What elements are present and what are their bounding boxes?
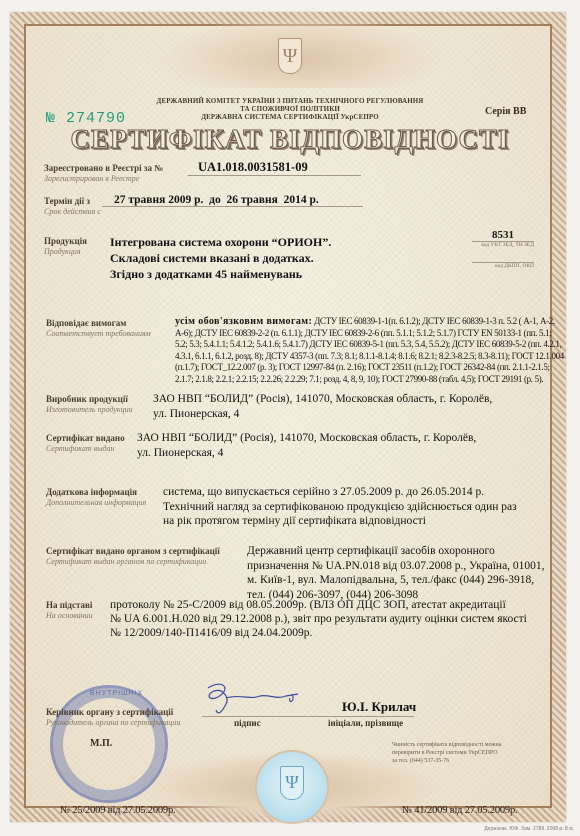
validity-period: 27 травня 2009 р. до 26 травня 2014 р. [102,194,363,207]
authority-line: ДЕРЖАВНИЙ КОМІТЕТ УКРАЇНИ З ПИТАНЬ ТЕХНІ… [140,97,440,105]
authority-line: ДЕРЖАВНА СИСТЕМА СЕРТИФІКАЦІЇ УкрСЕПРО [140,113,440,121]
validity-label: Термін дії з [44,196,101,207]
seal-label: М.П. [90,738,112,749]
signer-label: Керівник органу з сертифікації [46,707,180,718]
additional-line: Технічний нагляд за сертифікованою проду… [163,500,517,515]
product-line: Складові системи вказані в додатках. [110,250,331,266]
issued-to-label: Сертифікат видано [46,433,125,444]
issued-to-line: ул. Пионерская, 4 [137,446,476,461]
requirements-text: усім обов'язковим вимогам: ДСТУ IEC 6083… [175,316,570,386]
hologram-emblem: Ψ [255,750,329,824]
basis-label-block: На підставі На основании [46,600,93,621]
basis-label: На підставі [46,600,93,611]
product-label-block: Продукція Продукция [44,236,87,257]
issued-to-line: ЗАО НВП “БОЛИД” (Росія), 141070, Московс… [137,431,476,446]
additional-label: Додаткова інформація [46,487,146,498]
certificate-title: СЕРТИФІКАТ ВІДПОВІДНОСТІ [40,124,540,155]
issuing-body-label: Сертифікат видано органом з сертифікації [46,546,220,557]
registry-number: UA1.018.0031581-09 [188,160,361,176]
verification-note: Чинність сертифіката відповідності можна… [392,741,501,765]
product-code2-label: код ДКПП, ОКП [472,263,534,269]
issuing-body-label-block: Сертифікат видано органом з сертифікації… [46,546,220,567]
registry-label-block: Зареєстровано в Реєстрі за № Зарегистрир… [44,163,163,184]
issuing-authority: ДЕРЖАВНИЙ КОМІТЕТ УКРАЇНИ З ПИТАНЬ ТЕХНІ… [140,97,440,121]
validity-label-block: Термін дії з Срок действия с [44,196,101,217]
stamp-text: ВНУТРІШНІХ [90,690,143,697]
signature-scribble [200,678,310,718]
manufacturer-line: ул. Пионерская, 4 [153,407,492,422]
requirements-line: 5.2; 5.3; 5.4.1.1; 5.4.1.2; 5.4.1.6; 5.4… [175,339,570,351]
additional-line: система, що випускається серійно з 27.05… [163,485,517,500]
additional-label-ru: Дополнительная информация [46,498,146,508]
requirements-line: А-6); ДСТУ IEC 60839-2-2 (п. 6.1.1); ДСТ… [175,328,570,340]
additional-label-block: Додаткова інформація Дополнительная инфо… [46,487,146,508]
manufacturer-line: ЗАО НВП “БОЛИД” (Росія), 141070, Московс… [153,392,492,407]
requirements-label-ru: Соответствует требованиям [46,329,151,339]
registry-label: Зареєстровано в Реєстрі за № [44,163,163,174]
requirements-label: Відповідає вимогам [46,318,151,329]
product-label-ru: Продукция [44,247,87,257]
signer-label-block: Керівник органу з сертифікації Руководит… [46,707,180,728]
requirements-line: 4.3.1, 6.1.1, 6.1.2, розд. 8); ДСТУ 4357… [175,351,570,363]
requirements-lead: усім обов'язковим вимогам: [175,316,312,327]
trident-icon: Ψ [280,766,304,800]
basis-label-ru: На основании [46,611,93,621]
product-code-block: 8531 код УКТ ЗЕД, ТН ЗЕД код ДКПП, ОКП [472,229,534,269]
issued-to-label-block: Сертифікат видано Сертификат выдан [46,433,125,454]
product-line: Інтегрована система охорони “ОРИОН”. [110,234,331,250]
signer-name-caption: ініціали, прізвище [328,718,403,728]
product-code: 8531 [472,229,534,242]
verification-line: за тел. (044) 537-35-76 [392,757,501,765]
requirements-line: (п.1.7); ГОСТ_12.2.007 (р. 3); ГОСТ 1299… [175,362,570,374]
additional-line: на рік протягом терміну дії сертифіката … [163,514,517,529]
product-description: Інтегрована система охорони “ОРИОН”. Скл… [110,234,331,282]
requirements-line: 2.1.7; 2.1.8; 2.2.1; 2.2.15; 2.2.26; 2.2… [175,374,570,386]
issuing-body-line: Державний центр сертифікації засобів охо… [247,544,545,559]
registry-label-ru: Зарегистрирован в Реестре [44,174,163,184]
manufacturer-label: Виробник продукції [46,394,133,405]
authority-line: ТА СПОЖИВЧОЇ ПОЛІТИКИ [140,105,440,113]
signature-caption: підпис [234,718,261,728]
requirements-label-block: Відповідає вимогам Соответствует требова… [46,318,151,339]
verification-line: перевірити в Реєстрі системи УкрСЕПРО [392,749,501,757]
basis-line: № 12/2009/140-П1416/09 від 24.04.2009р. [110,626,527,640]
product-line: Згідно з додатками 45 найменувань [110,266,331,282]
series-label: Серія BB [485,106,526,117]
validity-label-ru: Срок действия с [44,207,101,217]
issuing-body-line: призначення № UA.PN.018 від 03.07.2008 р… [247,559,545,574]
footer-right-number: № 41/2009 від 27.05.2009р. [402,805,517,816]
verification-line: Чинність сертифіката відповідності можна [392,741,501,749]
basis-line: № UA 6.001.Н.020 від 29.12.2008 р.), зві… [110,612,527,626]
manufacturer-label-block: Виробник продукції Изготовитель продукци… [46,394,133,415]
issuing-body-label-ru: Сертификат выдан органом по сертификации [46,557,220,567]
manufacturer-label-ru: Изготовитель продукции [46,405,133,415]
product-code2 [472,248,534,263]
manufacturer-value: ЗАО НВП “БОЛИД” (Росія), 141070, Московс… [153,392,492,422]
additional-value: система, що випускається серійно з 27.05… [163,485,517,529]
basis-value: протоколу № 25-С/2009 від 08.05.2009р. (… [110,598,527,640]
requirements-line: усім обов'язковим вимогам: ДСТУ IEC 6083… [175,316,570,328]
issuing-body-line: м. Київ-1, вул. Малопідвальна, 5, тел./ф… [247,573,545,588]
issued-to-value: ЗАО НВП “БОЛИД” (Росія), 141070, Московс… [137,431,476,461]
footer-left-number: № 25/2009 від 27.05.2009р. [60,805,175,816]
printer-imprint: Держзнак. ЮФ. Зам. 2789. 2008 р. 8 м. [484,826,574,832]
issuing-body-value: Державний центр сертифікації засобів охо… [247,544,545,602]
product-code-label: код УКТ ЗЕД, ТН ЗЕД [472,242,534,248]
product-label: Продукція [44,236,87,247]
issued-to-label-ru: Сертификат выдан [46,444,125,454]
signer-name: Ю.І. Крилач [342,699,416,715]
basis-line: протоколу № 25-С/2009 від 08.05.2009р. (… [110,598,527,612]
signer-label-ru: Руководитель органа по сертификации [46,718,180,728]
coat-of-arms-icon: Ψ [278,38,302,74]
